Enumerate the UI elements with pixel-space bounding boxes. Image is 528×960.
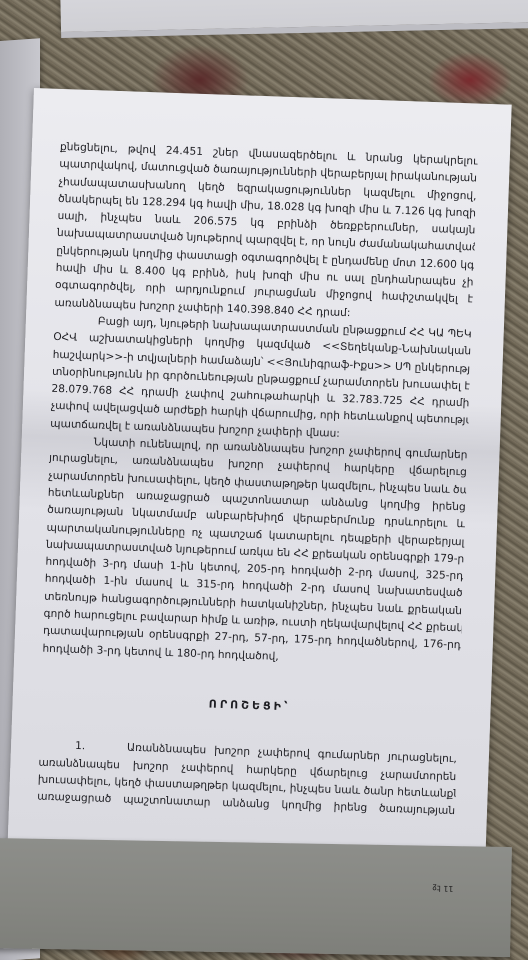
paragraph-2: Բացի այդ, նյութերի նախապատրաստման ընթացք… <box>50 312 472 448</box>
decision-item-1: 1.Առանձնապես խոշոր չափերով գումարներ յու… <box>37 737 457 821</box>
document-page: քնեցնելու, թվով 24.451 շներ վնասազերծելո… <box>6 88 512 904</box>
decision-heading: ՈՐՈՇԵՑԻ՝ <box>40 690 458 722</box>
page-number: 11 էջ <box>432 884 453 893</box>
paragraph-1: քնեցնելու, թվով 24.451 շներ վնասազերծելո… <box>54 139 478 326</box>
document-body: քնեցնելու, թվով 24.451 շներ վնասազերծելո… <box>37 139 478 821</box>
paragraph-3: Նկատի ունենալով, որ առանձնապես խոշոր չափ… <box>42 433 468 672</box>
bottom-cover-sheet: 11 էջ <box>0 838 512 957</box>
upper-document-sheet <box>60 0 528 32</box>
